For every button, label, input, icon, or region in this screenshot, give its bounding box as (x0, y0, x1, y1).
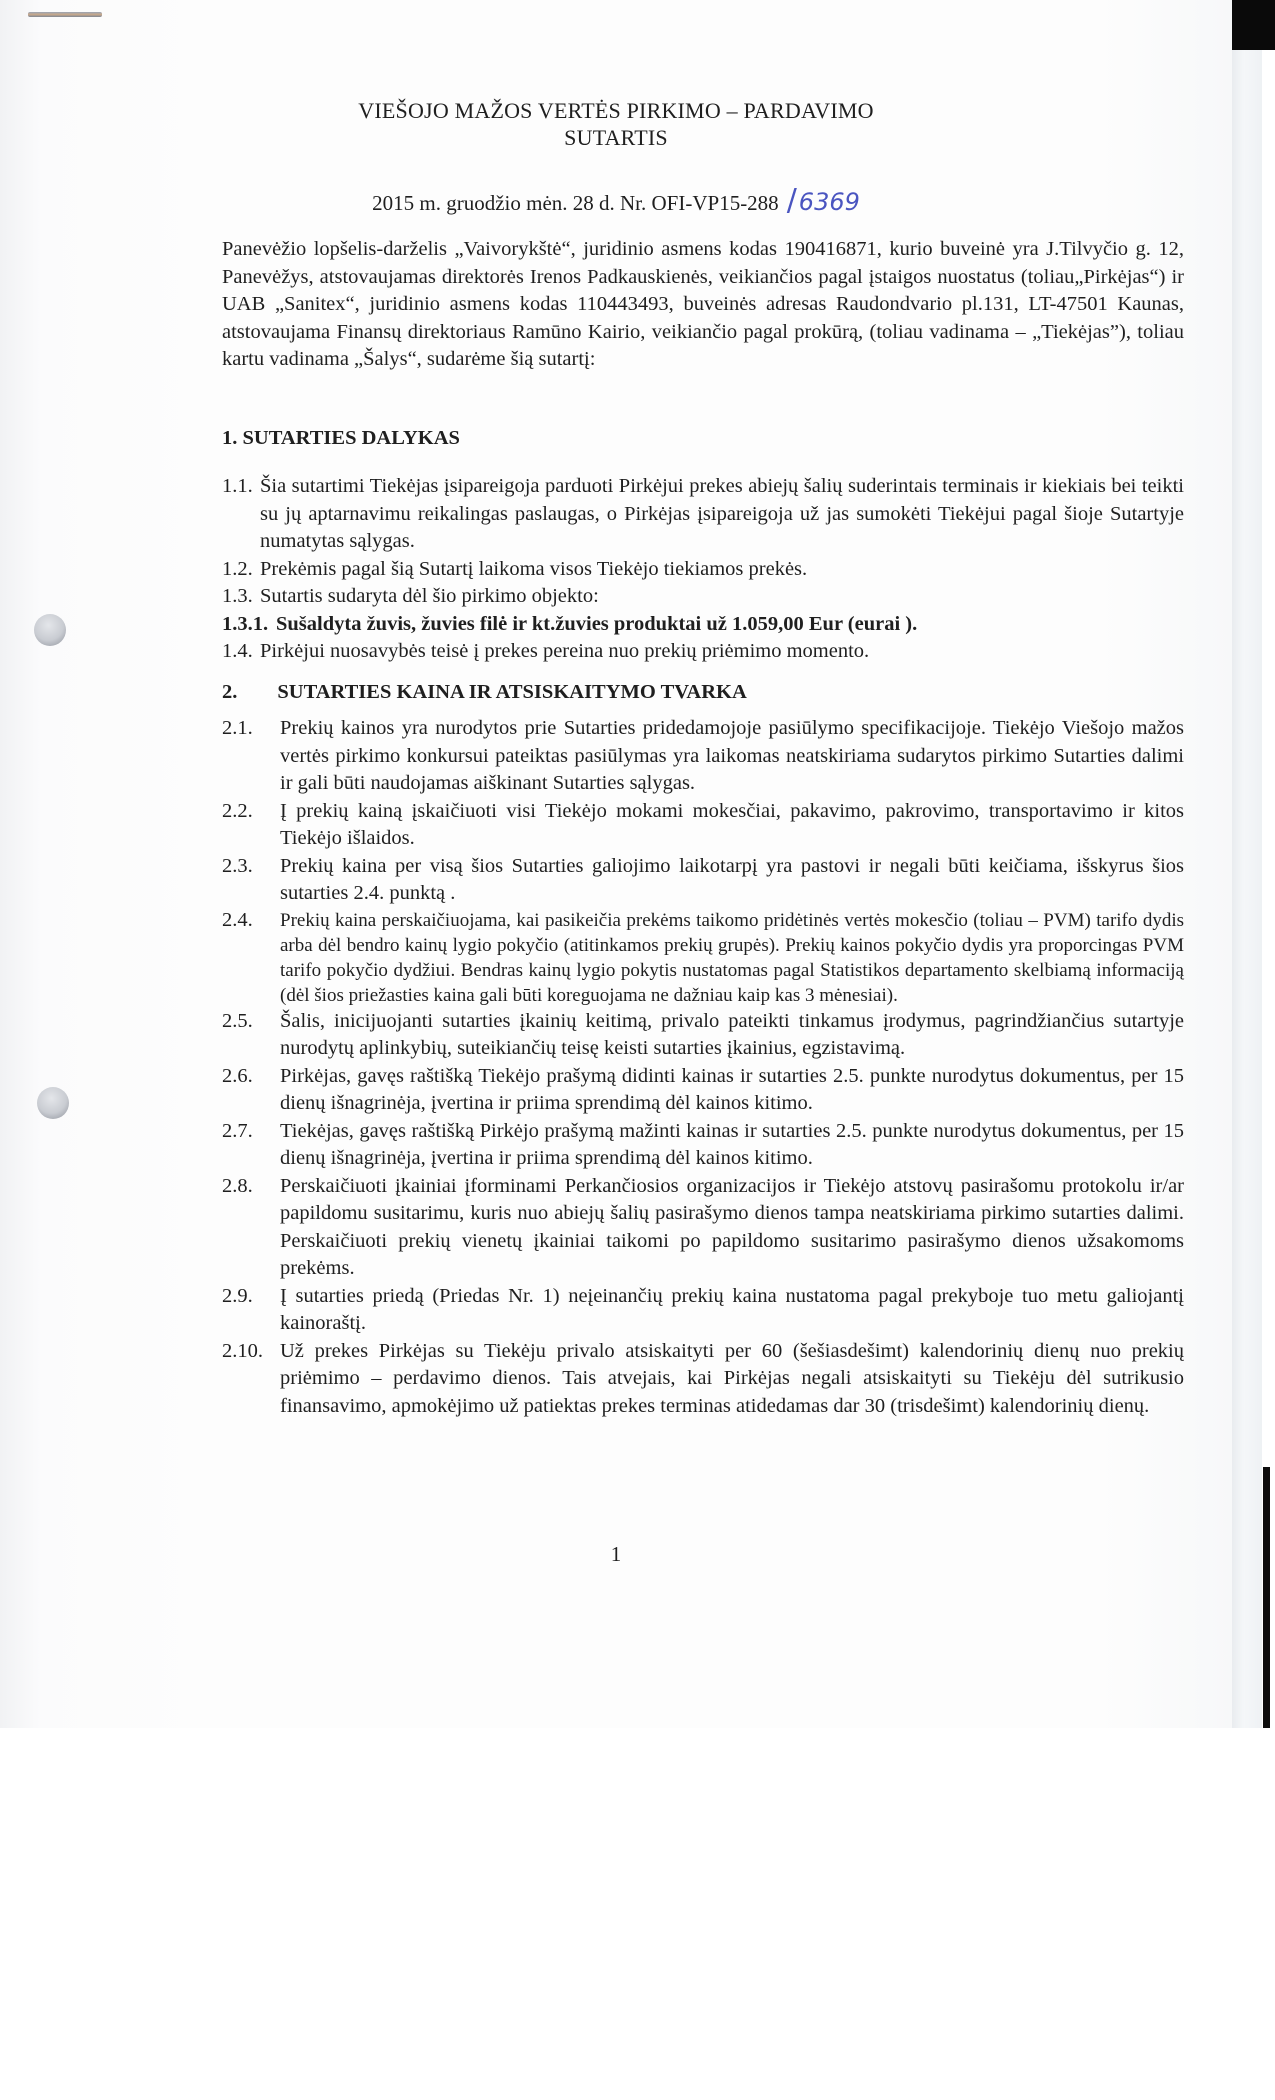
clause-2-7: 2.7. Tiekėjas, gavęs raštišką Pirkėjo pr… (222, 1118, 1184, 1173)
clause-text: Prekių kainos yra nurodytos prie Sutarti… (280, 717, 1184, 794)
clause-number: 2.1. (222, 715, 253, 743)
clause-text: Pirkėjui nuosavybės teisė į prekes perei… (260, 640, 869, 662)
intro-paragraph: Panevėžio lopšelis-darželis „Vaivorykštė… (222, 236, 1184, 374)
clause-2-5: 2.5. Šalis, inicijuojanti sutarties įkai… (222, 1008, 1184, 1063)
scanner-black-border-top (1232, 0, 1275, 50)
clause-number: 2.3. (222, 853, 253, 881)
clause-number: 1.2. (222, 556, 253, 584)
clause-text: Sušaldyta žuvis, žuvies filė ir kt.žuvie… (276, 613, 917, 635)
clause-text: Už prekes Pirkėjas su Tiekėju privalo at… (280, 1340, 1184, 1417)
section1-heading: 1. SUTARTIES DALYKAS (222, 427, 460, 450)
clause-1-3-1: 1.3.1. Sušaldyta žuvis, žuvies filė ir k… (222, 611, 1184, 639)
clause-number: 1.3. (222, 583, 253, 611)
document-title-line2: SUTARTIS (0, 125, 1232, 151)
clause-1-1: 1.1. Šia sutartimi Tiekėjas įsipareigoja… (222, 473, 1184, 556)
clause-2-2: 2.2. Į prekių kainą įskaičiuoti visi Tie… (222, 798, 1184, 853)
clause-text: Prekių kaina per visą šios Sutarties gal… (280, 855, 1184, 905)
clause-number: 1.1. (222, 473, 253, 501)
contract-date-number: 2015 m. gruodžio mėn. 28 d. Nr. OFI-VP15… (0, 183, 1232, 218)
clause-2-4: 2.4. Prekių kaina perskaičiuojama, kai p… (222, 908, 1184, 1008)
clause-text: Perskaičiuoti įkainiai įforminami Perkan… (280, 1175, 1184, 1280)
clause-number: 2.8. (222, 1173, 253, 1201)
clause-text: Pirkėjas, gavęs raštišką Tiekėjo prašymą… (280, 1065, 1184, 1115)
clause-text: Sutartis sudaryta dėl šio pirkimo objekt… (260, 585, 599, 607)
clause-number: 2.2. (222, 798, 253, 826)
clause-2-1: 2.1. Prekių kainos yra nurodytos prie Su… (222, 715, 1184, 798)
section1-items: 1.1. Šia sutartimi Tiekėjas įsipareigoja… (222, 473, 1184, 666)
clause-text: Prekėmis pagal šią Sutartį laikoma visos… (260, 558, 807, 580)
clause-2-9: 2.9. Į sutarties priedą (Priedas Nr. 1) … (222, 1283, 1184, 1338)
clause-number: 2.6. (222, 1063, 253, 1091)
page-number: 1 (0, 1542, 1232, 1567)
clause-1-4: 1.4. Pirkėjui nuosavybės teisė į prekes … (222, 638, 1184, 666)
clause-2-8: 2.8. Perskaičiuoti įkainiai įforminami P… (222, 1173, 1184, 1283)
clause-text: Į prekių kainą įskaičiuoti visi Tiekėjo … (280, 800, 1184, 850)
clause-number: 2.5. (222, 1008, 253, 1036)
section2-number: 2. (222, 681, 237, 703)
clause-text: Šalis, inicijuojanti sutarties įkainių k… (280, 1010, 1184, 1060)
section2-title: SUTARTIES KAINA IR ATSISKAITYMO TVARKA (277, 681, 746, 703)
clause-2-6: 2.6. Pirkėjas, gavęs raštišką Tiekėjo pr… (222, 1063, 1184, 1118)
section2-items: 2.1. Prekių kainos yra nurodytos prie Su… (222, 715, 1184, 1420)
punch-hole-bottom (37, 1087, 69, 1119)
clause-2-3: 2.3. Prekių kaina per visą šios Sutartie… (222, 853, 1184, 908)
punch-hole-top (34, 614, 66, 646)
section2-heading: 2.SUTARTIES KAINA IR ATSISKAITYMO TVARKA (222, 681, 747, 704)
clause-text: Tiekėjas, gavęs raštišką Pirkėjo prašymą… (280, 1120, 1184, 1170)
clause-text: Į sutarties priedą (Priedas Nr. 1) neįei… (280, 1285, 1184, 1335)
clause-2-10: 2.10. Už prekes Pirkėjas su Tiekėju priv… (222, 1338, 1184, 1421)
scanner-black-border-right (1263, 1467, 1270, 1728)
handwritten-registration-number: /6369 (787, 188, 860, 216)
clause-number: 2.9. (222, 1283, 253, 1311)
handwritten-number-text: 6369 (799, 188, 860, 216)
document-title-line1: VIEŠOJO MAŽOS VERTĖS PIRKIMO – PARDAVIMO (0, 98, 1232, 124)
clause-number: 1.4. (222, 638, 253, 666)
clause-text: Šia sutartimi Tiekėjas įsipareigoja pard… (260, 475, 1184, 552)
scanner-edge-strip (1232, 50, 1262, 1728)
staple-mark (28, 12, 102, 17)
clause-1-2: 1.2. Prekėmis pagal šią Sutartį laikoma … (222, 556, 1184, 584)
date-line: 2015 m. gruodžio mėn. 28 d. Nr. OFI-VP15… (372, 191, 779, 215)
clause-1-3: 1.3. Sutartis sudaryta dėl šio pirkimo o… (222, 583, 1184, 611)
clause-text: Prekių kaina perskaičiuojama, kai pasike… (280, 910, 1184, 1006)
clause-number: 1.3.1. (222, 611, 268, 639)
clause-number: 2.4. (222, 908, 253, 933)
clause-number: 2.7. (222, 1118, 253, 1146)
clause-number: 2.10. (222, 1338, 263, 1366)
